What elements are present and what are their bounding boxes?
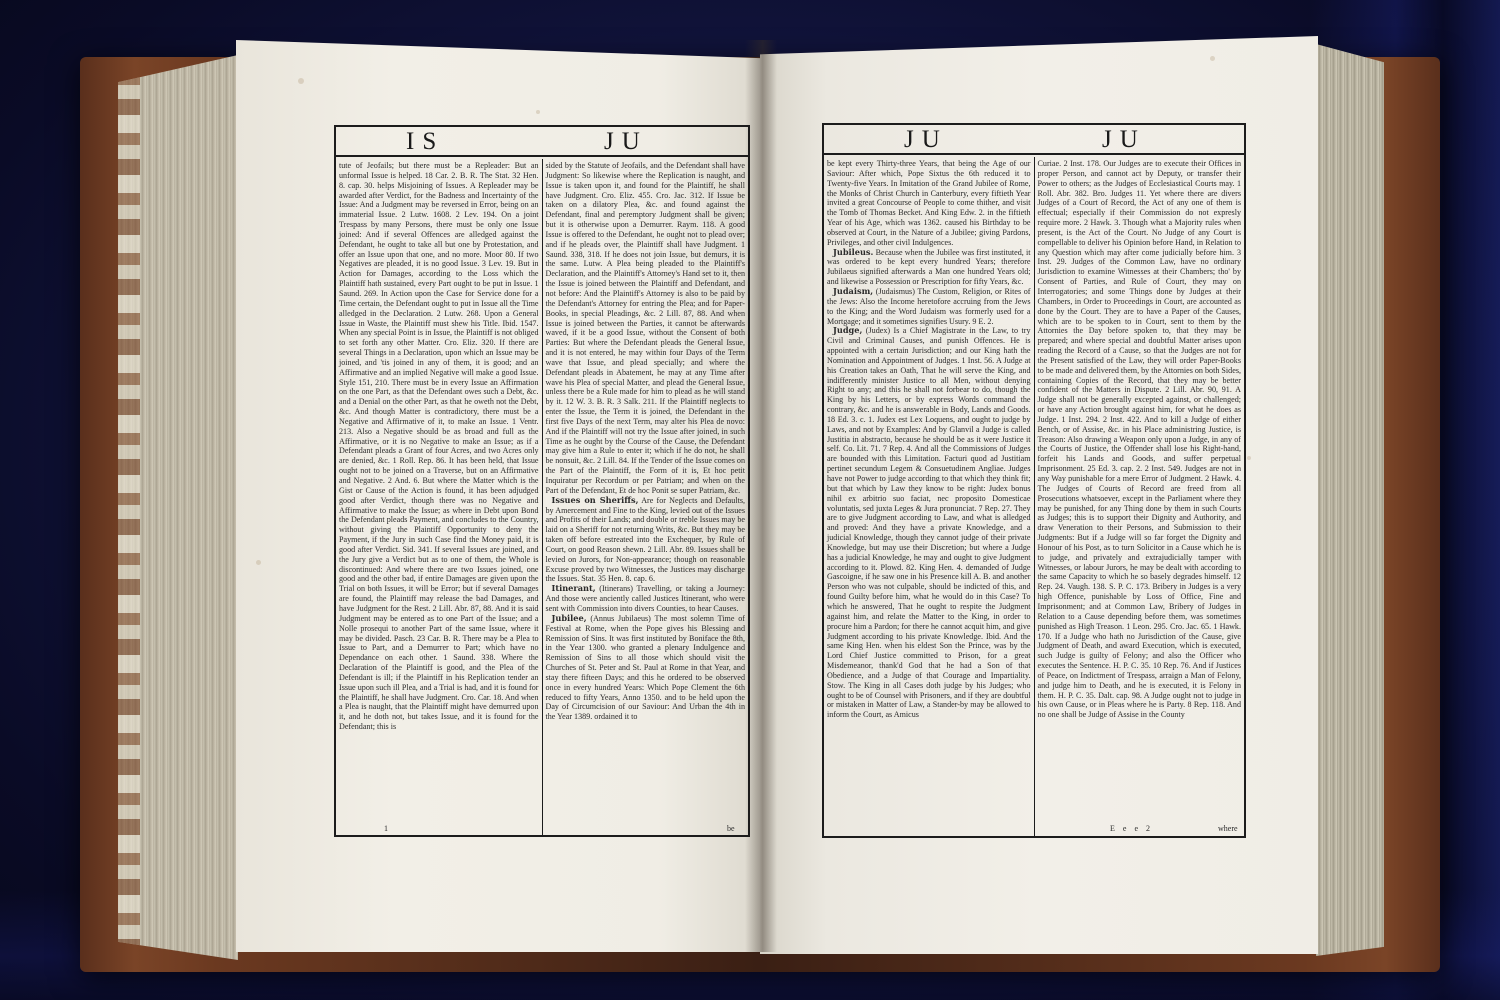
dictionary-entry: Jubilee, (Annus Jubilaeus) The most sole… <box>546 614 746 722</box>
left-text-block: IS JU tute of Jeofails; but there must b… <box>334 125 750 837</box>
text-column-1: be kept every Thirty-three Years, that b… <box>824 157 1034 836</box>
running-head-right: JU <box>604 127 648 157</box>
running-head-left: IS <box>406 127 444 157</box>
dictionary-entry: Judaism, (Judaismus) The Custom, Religio… <box>827 287 1031 326</box>
text-column-1: tute of Jeofails; but there must be a Re… <box>336 159 542 835</box>
paragraph: tute of Jeofails; but there must be a Re… <box>339 161 539 732</box>
page-block-right-edge <box>1316 44 1384 956</box>
dictionary-entry: Jubileus. Because when the Jubilee was f… <box>827 248 1031 287</box>
headword: Judaism, <box>833 286 873 296</box>
running-head: IS JU <box>336 127 748 157</box>
paragraph: Curiae. 2 Inst. 178. Our Judges are to e… <box>1038 159 1242 720</box>
page-block-left-edge <box>118 55 238 960</box>
dictionary-entry: Issues on Sheriffs, Are for Neglects and… <box>546 496 746 585</box>
signature-mark: E e e 2 <box>1110 824 1153 833</box>
text-column-2: Curiae. 2 Inst. 178. Our Judges are to e… <box>1034 157 1245 836</box>
right-text-block: JU JU be kept every Thirty-three Years, … <box>822 123 1246 838</box>
text-column-2: sided by the Statute of Jeofails, and th… <box>542 159 749 835</box>
headword: Jubileus. <box>833 247 873 257</box>
paragraph: sided by the Statute of Jeofails, and th… <box>546 161 746 496</box>
headword: Itinerant, <box>552 583 596 593</box>
catchword: where <box>1218 824 1238 833</box>
headword: Jubilee, <box>552 613 587 623</box>
headword: Judge, <box>833 325 862 335</box>
running-head-left: JU <box>904 125 948 155</box>
running-head-right: JU <box>1102 125 1146 155</box>
running-head: JU JU <box>824 125 1244 155</box>
paragraph: be kept every Thirty-three Years, that b… <box>827 159 1031 248</box>
signature-mark: 1 <box>384 824 388 833</box>
dictionary-entry: Judge, (Judex) Is a Chief Magistrate in … <box>827 326 1031 720</box>
dictionary-entry: Itinerant, (Itinerans) Travelling, or ta… <box>546 584 746 614</box>
catchword: be <box>727 824 735 833</box>
headword: Issues on Sheriffs, <box>552 495 639 505</box>
